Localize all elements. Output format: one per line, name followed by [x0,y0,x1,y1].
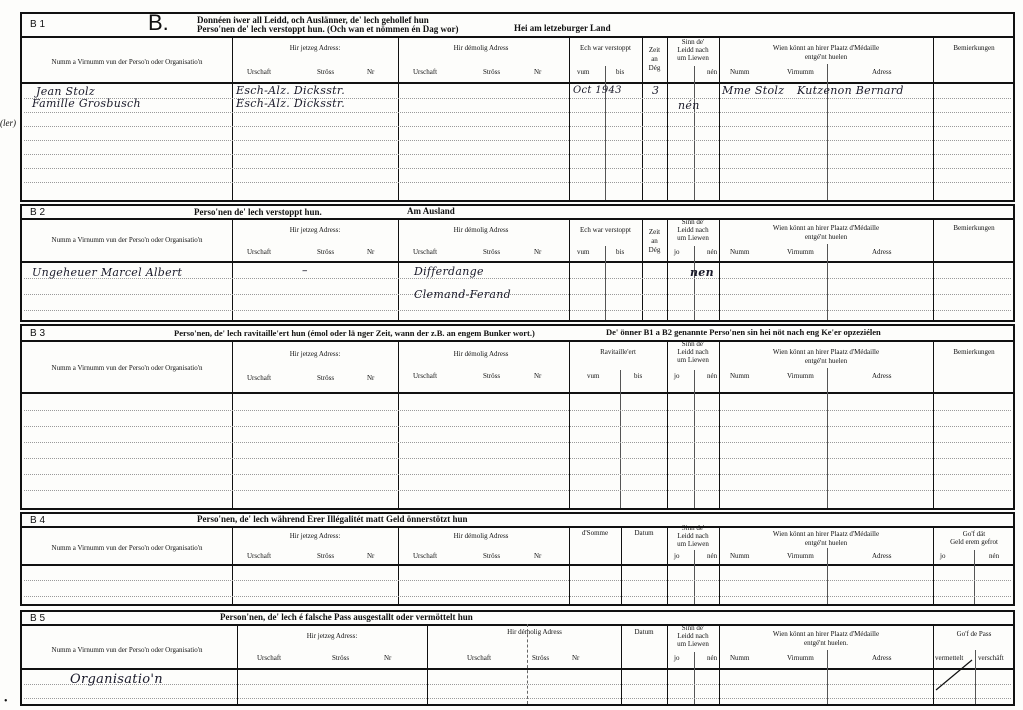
col-urschaft: Urschaft [247,68,271,77]
col-urschaft: Urschaft [247,552,271,561]
col-hidden: Ech war verstoppt [569,44,642,53]
col-name-header: Numm a Virnumm vun der Perso'n oder Orga… [22,646,232,655]
col-alive-3: um Liewen [667,54,719,63]
col-medal: Wien könnt an hirer Plaatz d'Médaille [719,630,933,639]
col-nr: Nr [367,374,374,383]
col-urschaft: Urschaft [413,372,437,381]
col-former-address: Hir démolig Adress [398,226,564,235]
col-jo: jo [674,248,679,257]
col-former-address: Hir démolig Adress [398,532,564,541]
col-alive-3: um Liewen [667,540,719,549]
col-medal-2: entgé'nt huelen [719,233,933,242]
col-stross: Ströss [532,654,549,663]
col-urschaft: Urschaft [257,654,281,663]
col-nr: Nr [367,68,374,77]
col-datum: Datum [621,529,667,538]
col-remarks: Bemierkungen [933,224,1015,233]
form-letter: B. [148,10,169,36]
col-medal: Wien könnt an hirer Plaatz d'Médaille [719,224,933,233]
col-adress: Adress [872,654,891,663]
col-vum: vum [577,248,589,257]
entry-medal-name: Mme Stolz [722,84,784,97]
col-nr: Nr [367,248,374,257]
col-name-header: Numm a Virnumm vun der Perso'n oder Orga… [22,544,232,553]
col-current-address: Hir jetzeg Adress: [232,532,398,541]
col-somme: d'Somme [569,529,621,538]
col-adress: Adress [872,552,891,561]
col-former-address: Hir démolig Adress [398,44,564,53]
col-nr: Nr [534,372,541,381]
col-urschaft: Urschaft [247,248,271,257]
col-nen: nén [707,372,717,381]
col-medal: Wien könnt an hirer Plaatz d'Médaille [719,348,933,357]
col-nr: Nr [534,552,541,561]
col-hidden: Ech war verstoppt [569,226,642,235]
margin-bullet-icon: • [4,696,8,707]
col-jo: jo [674,552,679,561]
col-virnumm: Virnumm [787,552,814,561]
entry-current-address: – [302,264,308,277]
col-an: an [642,55,667,64]
col-urschaft: Urschaft [467,654,491,663]
col-jo: jo [674,372,679,381]
col-urschaft: Urschaft [247,374,271,383]
col-urschaft: Urschaft [413,248,437,257]
col-nr: Nr [384,654,391,663]
entry-alive-no: nen [690,266,714,279]
section-id: B 4 [30,515,45,526]
section-b1: B 1 B. Donnéen iwer all Leidd, och Auslä… [20,12,1015,202]
entry-name: Organisatio'n [70,672,163,687]
col-stross: Ströss [317,68,334,77]
col-medal-2: entgé'nt huelen [719,53,933,62]
scanned-form-page: (ler) B 1 B. Donnéen iwer all Leidd, och… [0,0,1023,710]
col-stross: Ströss [317,248,334,257]
col-stross: Ströss [332,654,349,663]
col-vum: vum [577,68,589,77]
col-remarks: Bemierkungen [933,44,1015,53]
section-id: B 3 [30,328,45,339]
section-title-line2: Perso'nen de' lech verstoppt hun. (Och w… [197,25,459,34]
section-title-right: De' önner B1 a B2 genannte Perso'nen sin… [606,328,881,337]
col-urschaft: Urschaft [413,552,437,561]
section-id: B 2 [30,207,45,218]
col-adress: Adress [872,372,891,381]
col-medal-2: entgé'nt huelen. [719,639,933,648]
section-b5: B 5 Person'nen, de' lech é falsche Pass … [20,610,1015,706]
col-numm: Numm [730,654,749,663]
section-title: Perso'nen, de' lech ravitaille'ert hun (… [174,329,535,338]
entry-name: Ungeheuer Marcel Albert [32,266,182,279]
col-stross: Ströss [483,372,500,381]
col-bis: bis [616,248,624,257]
col-ravitailleert: Ravitaille'ert [569,348,667,357]
col-vum: vum [587,372,599,381]
col-medal-2: entgé'nt huelen [719,357,933,366]
col-adress: Adress [872,68,891,77]
section-b3: B 3 Perso'nen, de' lech ravitaille'ert h… [20,324,1015,510]
col-remarks: Bemierkungen [933,348,1015,357]
col-nen: nén [707,552,717,561]
col-bis: bis [634,372,642,381]
col-nen: nén [707,654,717,663]
col-name-header: Numm a Virnumm vun der Perso'n oder Orga… [22,364,232,373]
col-medal-2: entgé'nt huelen [719,539,933,548]
entry-former-address: Differdange [414,265,484,278]
col-jo: jo [674,654,679,663]
col-numm: Numm [730,552,749,561]
col-former-address: Hir démolig Adress [398,350,564,359]
col-gof-geld-2: Geld erem gefrot [933,538,1015,547]
col-numm: Numm [730,372,749,381]
section-title: Person'nen, de' lech é falsche Pass ausg… [220,613,473,622]
col-numm: Numm [730,248,749,257]
col-name-header: Numm a Virnumm vun der Perso'n oder Orga… [22,58,232,67]
col-adress: Adress [872,248,891,257]
col-nr: Nr [534,248,541,257]
section-b1-titlebar: B 1 B. Donnéen iwer all Leidd, och Auslä… [22,14,1013,38]
col-current-address: Hir jetzeg Adress: [232,350,398,359]
col-datum: Datum [621,628,667,637]
col-deg: Dég [642,64,667,73]
col-nr: Nr [367,552,374,561]
col-nr: Nr [572,654,579,663]
section-title: Perso'nen de' lech verstoppt hun. [194,208,322,217]
col-bis: bis [616,68,624,77]
col-virnumm: Virnumm [787,372,814,381]
col-verschafft: verschäft [978,654,1004,663]
col-medal: Wien könnt an hirer Plaatz d'Médaille [719,530,933,539]
col-stross: Ströss [483,68,500,77]
margin-note: (ler) [0,118,16,128]
col-alive-3: um Liewen [667,356,719,365]
col-deg: Dég [642,246,667,255]
col-urschaft: Urschaft [413,68,437,77]
col-nen: nén [707,68,717,77]
col-numm: Numm [730,68,749,77]
col-jo: jo [940,552,945,561]
entry-alive-no: nén [678,99,700,112]
col-zeit: Zeit [642,228,667,237]
col-medal: Wien könnt an hirer Plaatz d'Médaille [719,44,933,53]
col-current-address: Hir jetzeg Adress: [237,632,427,641]
col-nen: nén [989,552,999,561]
col-current-address: Hir jetzeg Adress: [232,44,398,53]
col-nr: Nr [534,68,541,77]
entry-hidden-from: Oct 1943 [573,85,622,96]
col-alive-3: um Liewen [667,234,719,243]
col-virnumm: Virnumm [787,248,814,257]
col-stross: Ströss [317,552,334,561]
col-stross: Ströss [483,552,500,561]
entry-current-address: Esch-Alz. Dicksstr. [236,84,345,97]
entry-name: Famille Grosbusch [32,97,141,110]
col-gof-pass: Go'f de Pass [933,630,1015,639]
section-b2: B 2 Perso'nen de' lech verstoppt hun. Am… [20,204,1015,322]
entry-former-address: Clemand-Ferand [414,288,511,301]
section-title-right: Am Ausland [407,207,455,216]
col-alive-3: um Liewen [667,640,719,649]
section-title-right: Hei am letzeburger Land [514,24,611,33]
col-virnumm: Virnumm [787,654,814,663]
col-an: an [642,237,667,246]
col-virnumm: Virnumm [787,68,814,77]
col-name-header: Numm a Virnumm vun der Perso'n oder Orga… [22,236,232,245]
col-zeit: Zeit [642,46,667,55]
entry-medal-firstname: Kutzenon Bernard [797,84,904,97]
col-current-address: Hir jetzeg Adress: [232,226,398,235]
pen-stroke-mark [934,658,974,692]
entry-current-address: Esch-Alz. Dicksstr. [236,97,345,110]
section-id: B 5 [30,613,45,624]
section-b4: B 4 Perso'nen, de' lech während Erer Ill… [20,512,1015,606]
col-stross: Ströss [317,374,334,383]
col-former-address: Hir démolig Adress [427,628,642,637]
col-nen: nén [707,248,717,257]
entry-days: 3 [652,84,659,97]
section-title: Perso'nen, de' lech während Erer Illégal… [197,515,467,524]
col-stross: Ströss [483,248,500,257]
section-id: B 1 [30,19,45,30]
